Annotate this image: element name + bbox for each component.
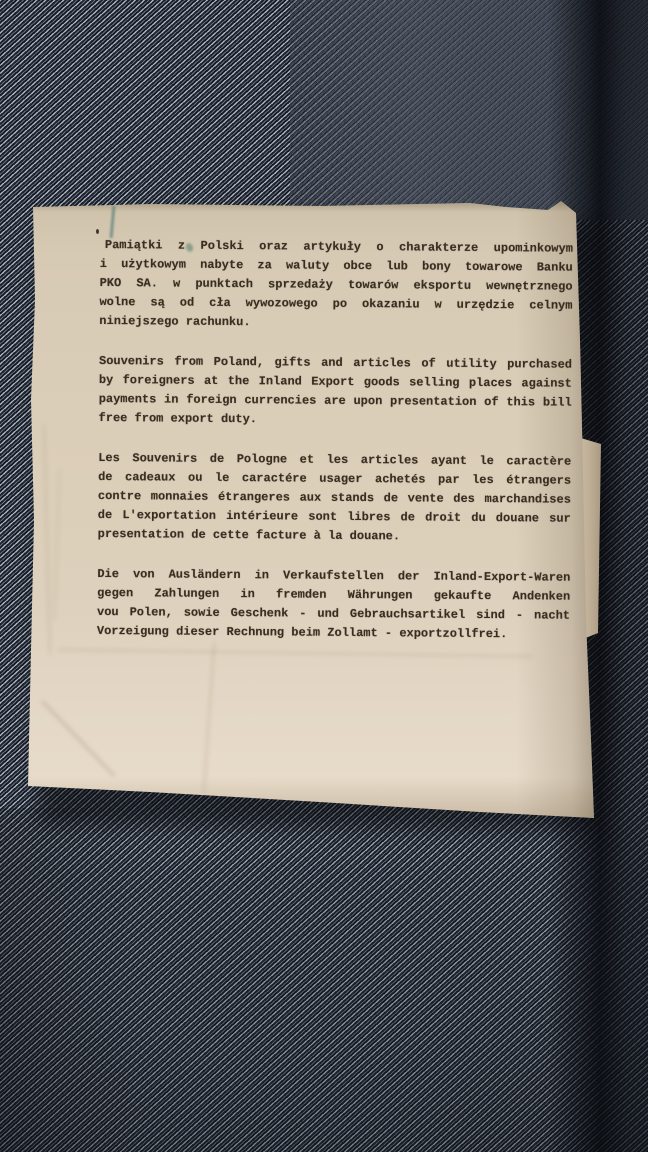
paragraph-french: Les Souvenirs de Pologne et les articles… xyxy=(98,449,572,548)
paper-crease xyxy=(53,470,60,620)
text-line: Vorzeigung dieser Rechnung beim Zollamt … xyxy=(97,622,570,645)
paragraph-english: Souvenirs from Poland, gifts and article… xyxy=(98,352,572,432)
photo-scene: Pamiątki z Polski oraz artykuły o charak… xyxy=(0,0,648,1152)
document-text: Pamiątki z Polski oraz artykuły o charak… xyxy=(97,236,573,645)
text-line: presentation de cette facture à la douan… xyxy=(98,525,571,548)
paper-crease xyxy=(43,425,51,655)
paper-crease xyxy=(58,649,532,658)
fabric-bottom-shading xyxy=(0,808,648,1152)
paragraph-polish: Pamiątki z Polski oraz artykuły o charak… xyxy=(99,236,573,335)
text-line: free from export duty. xyxy=(98,409,571,432)
paper-crease xyxy=(203,642,215,792)
paragraph-german: Die von Ausländern in Verkaufstellen der… xyxy=(97,565,571,645)
ink-speck xyxy=(96,229,99,234)
text-line: niniejszego rachunku. xyxy=(99,312,572,335)
paper-crease xyxy=(41,700,115,776)
